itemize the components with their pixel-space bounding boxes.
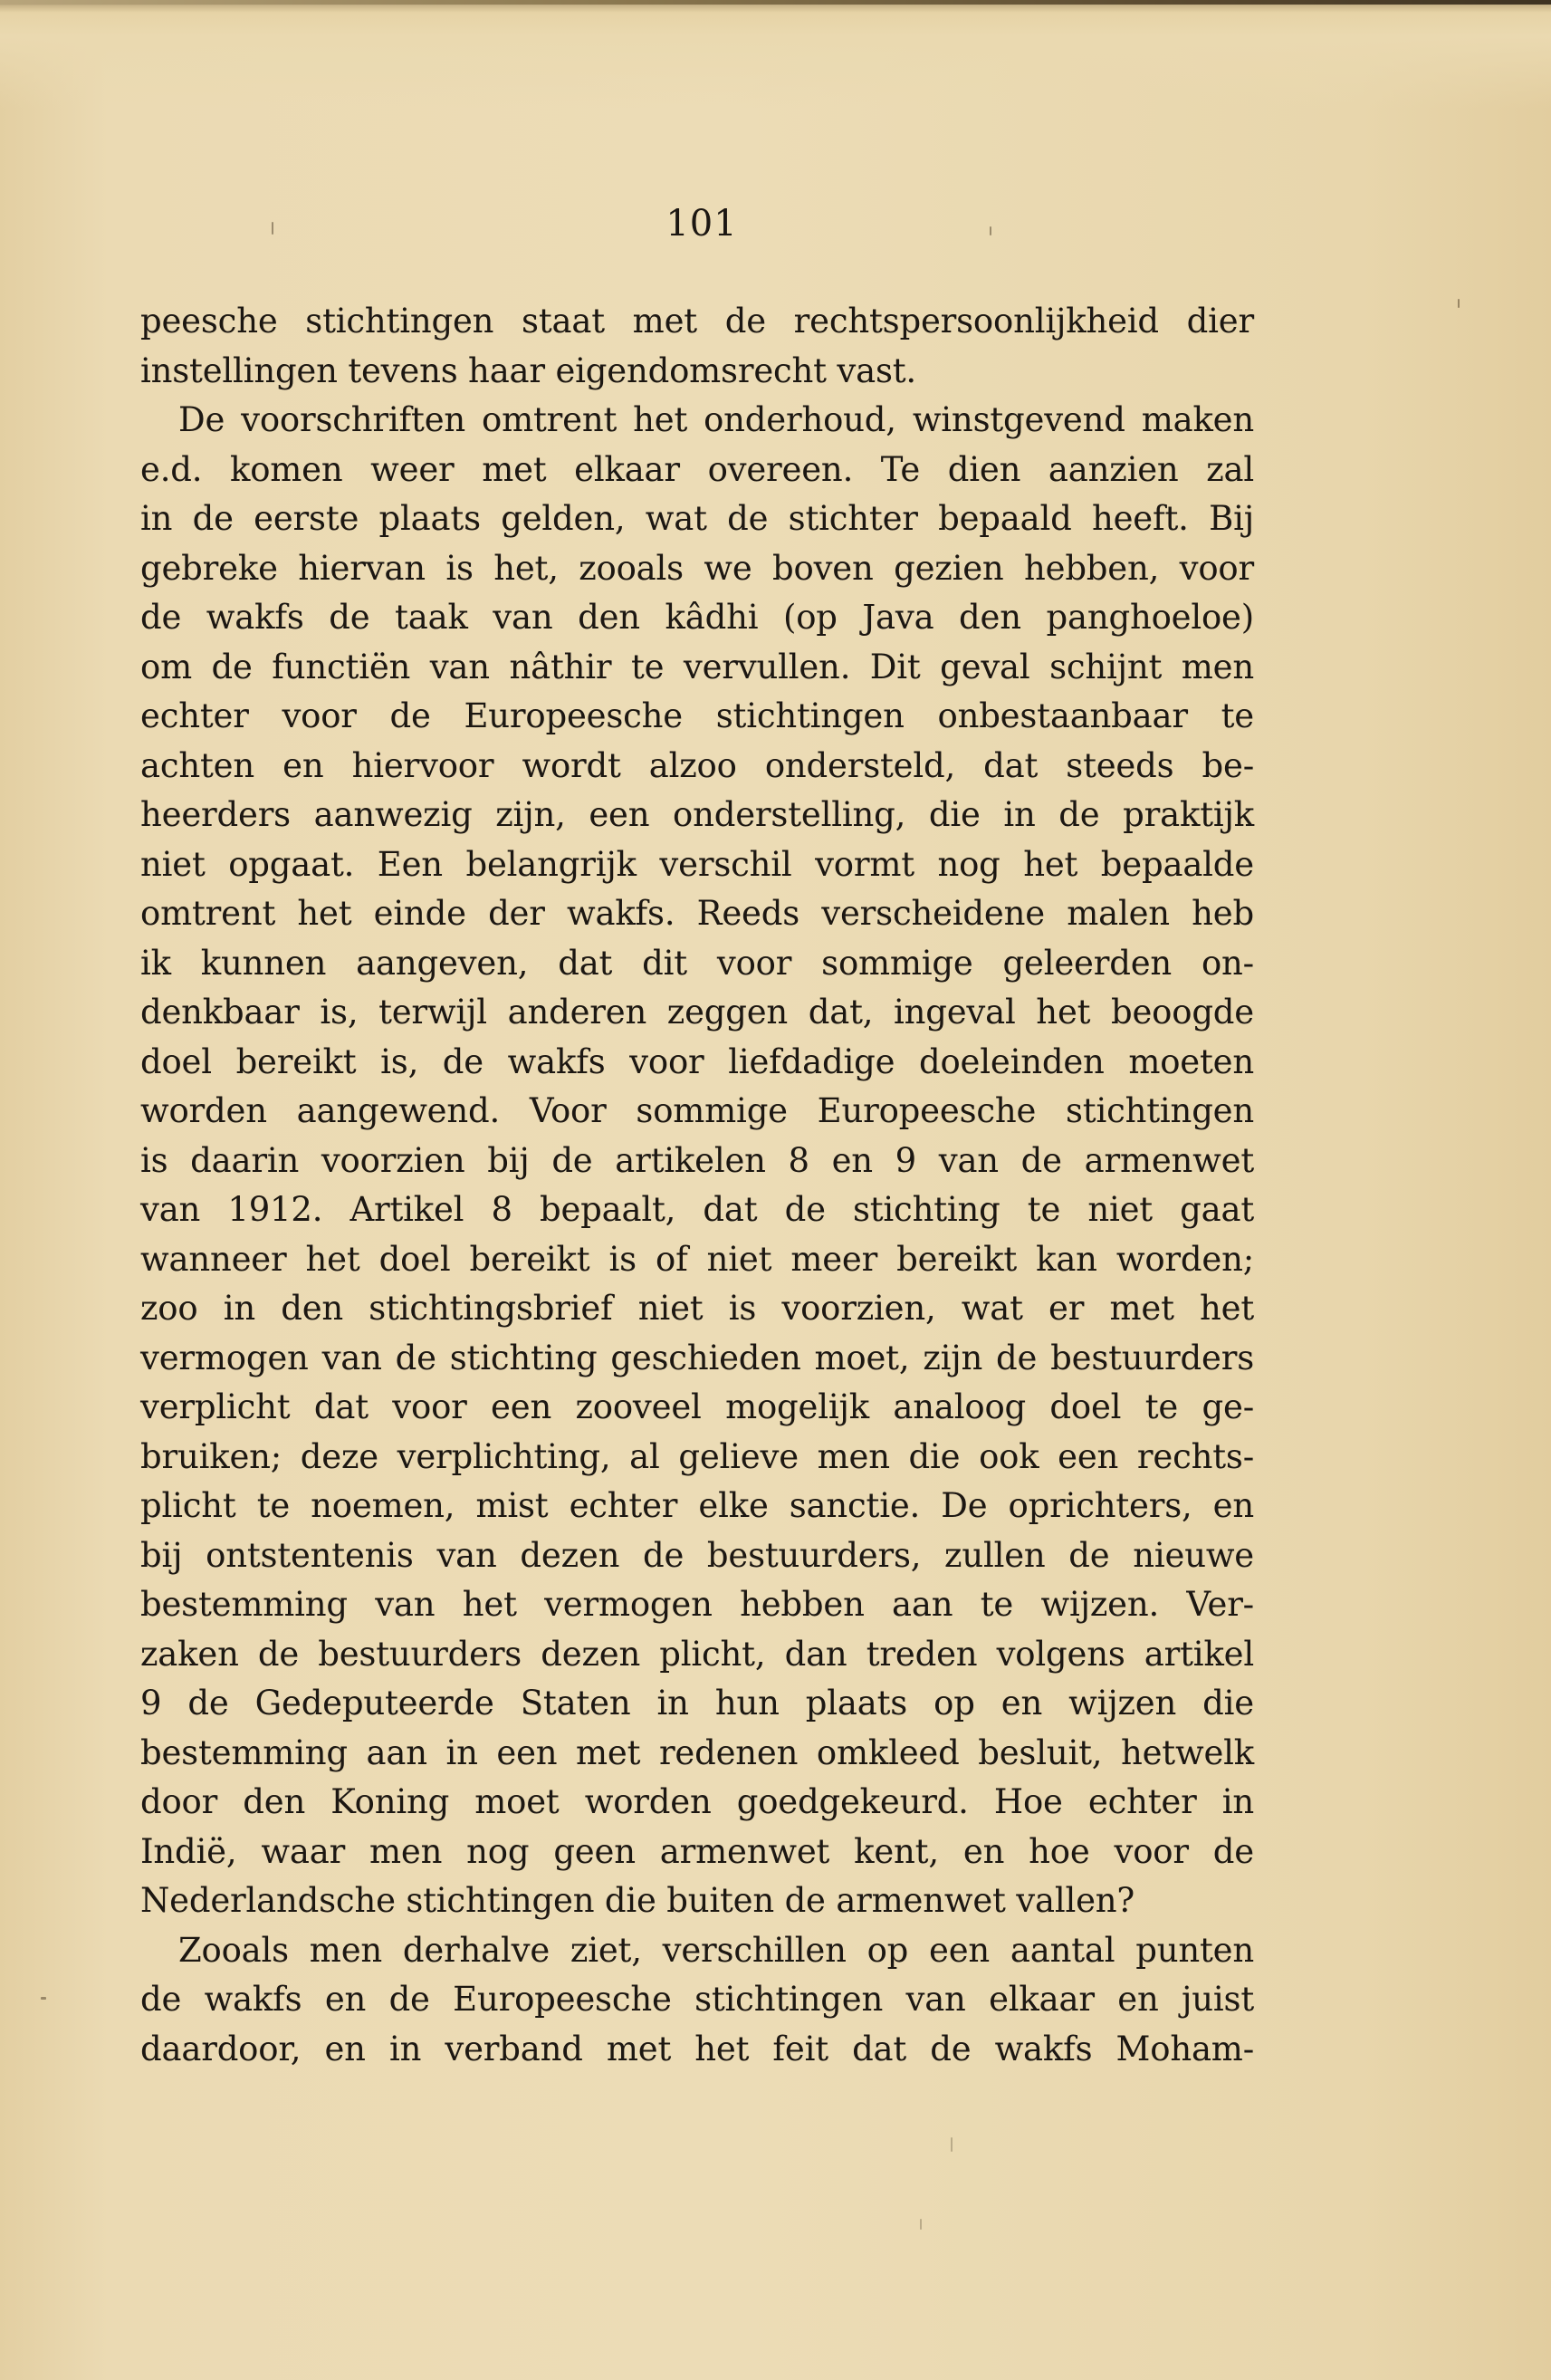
text-line: zaken de bestuurders dezen plicht, dan t…	[140, 1630, 1254, 1680]
text-line: wanneer het doel bereikt is of niet meer…	[140, 1235, 1254, 1285]
paragraph: peesche stichtingen staat met de rechtsp…	[140, 297, 1254, 396]
text-line: gebreke hiervan is het, zooals we boven …	[140, 544, 1254, 594]
text-line: instellingen tevens haar eigendomsrecht …	[140, 347, 1254, 397]
text-line: peesche stichtingen staat met de rechtsp…	[140, 297, 1254, 347]
text-line: e.d. komen weer met elkaar overeen. Te d…	[140, 446, 1254, 495]
text-line: bestemming van het vermogen hebben aan t…	[140, 1580, 1254, 1630]
text-line: niet opgaat. Een belangrijk verschil vor…	[140, 840, 1254, 890]
text-line: verplicht dat voor een zooveel mogelijk …	[140, 1383, 1254, 1433]
paragraph: De voorschriften omtrent het onderhoud, …	[140, 396, 1254, 1926]
text-line: echter voor de Europeesche stichtingen o…	[140, 692, 1254, 742]
text-line: Zooals men derhalve ziet, verschillen op…	[140, 1926, 1254, 1976]
text-line: omtrent het einde der wakfs. Reeds versc…	[140, 889, 1254, 939]
text-line: bruiken; deze verplichting, al gelieve m…	[140, 1433, 1254, 1483]
paragraph: Zooals men derhalve ziet, verschillen op…	[140, 1926, 1254, 2075]
text-line: van 1912. Artikel 8 bepaalt, dat de stic…	[140, 1185, 1254, 1235]
text-line: is daarin voorzien bij de artikelen 8 en…	[140, 1137, 1254, 1186]
paper-speck	[41, 1997, 46, 2000]
page-body-text: peesche stichtingen staat met de rechtsp…	[140, 297, 1254, 2074]
text-line: plicht te noemen, mist echter elke sanct…	[140, 1482, 1254, 1531]
page-top-edge	[0, 0, 1551, 5]
text-line: zoo in den stichtingsbrief niet is voorz…	[140, 1284, 1254, 1334]
text-line: De voorschriften omtrent het onderhoud, …	[140, 396, 1254, 446]
text-line: bij ontstentenis van dezen de bestuurder…	[140, 1531, 1254, 1581]
text-line: de wakfs de taak van den kâdhi (op Java …	[140, 593, 1254, 643]
text-line: daardoor, en in verband met het feit dat…	[140, 2025, 1254, 2075]
text-line: Indië, waar men nog geen armenwet kent, …	[140, 1828, 1254, 1877]
paper-speck	[1458, 299, 1460, 308]
text-line: Nederlandsche stichtingen die buiten de …	[140, 1876, 1254, 1926]
text-line: de wakfs en de Europeesche stichtingen v…	[140, 1975, 1254, 2025]
text-line: vermogen van de stichting geschieden moe…	[140, 1334, 1254, 1384]
text-line: 9 de Gedeputeerde Staten in hun plaats o…	[140, 1679, 1254, 1729]
text-line: achten en hiervoor wordt alzoo onderstel…	[140, 742, 1254, 792]
text-line: om de functiën van nâthir te vervullen. …	[140, 643, 1254, 693]
text-line: denkbaar is, terwijl anderen zeggen dat,…	[140, 988, 1254, 1038]
text-line: in de eerste plaats gelden, wat de stich…	[140, 494, 1254, 544]
text-line: ik kunnen aangeven, dat dit voor sommige…	[140, 939, 1254, 989]
text-line: bestemming aan in een met redenen omklee…	[140, 1729, 1254, 1779]
text-line: doel bereikt is, de wakfs voor liefdadig…	[140, 1038, 1254, 1088]
text-line: door den Koning moet worden goedgekeurd.…	[140, 1778, 1254, 1828]
paper-speck	[920, 2219, 922, 2230]
text-line: worden aangewend. Voor sommige Europeesc…	[140, 1087, 1254, 1137]
page-number: 101	[0, 203, 1403, 245]
paper-speck	[951, 2137, 953, 2152]
text-line: heerders aanwezig zijn, een onderstellin…	[140, 791, 1254, 840]
